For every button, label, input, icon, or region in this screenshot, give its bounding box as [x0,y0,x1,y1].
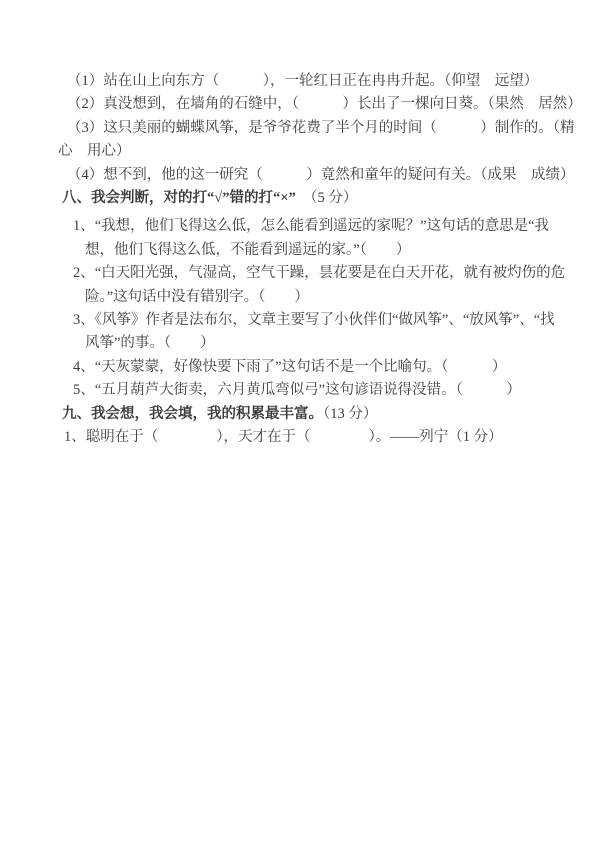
judge-item-1-line-2: 想，他们飞得这么低，不能看到遥远的家。”（ ） [58,239,558,262]
word-choice-item-3-line-2: 心 用心） [58,140,558,163]
word-choice-item-3-line-1: （3）这只美丽的蝴蝶风筝，是爷爷花费了半个月的时间（ ）制作的。（精 [58,117,558,140]
word-choice-item-2: （2）真没想到，在墙角的石缝中，（ ）长出了一棵向日葵。（果然 居然） [58,93,558,116]
fill-item-1: 1、聪明在于（ ），天才在于（ ）。——列宁（1 分） [58,426,558,449]
judge-item-3-line-1: 3、《风筝》作者是法布尔，文章主要写了小伙伴们“做风筝”、“放风筝”、“找 [58,309,558,332]
judge-item-3-line-2: 风筝”的事。（ ） [58,332,558,355]
section-eight-heading: 八、我会判断，对的打“√”错的打“×” （5 分） [58,187,558,210]
judge-item-1-line-1: 1、“我想，他们飞得这么低，怎么能看到遥远的家呢？”这句话的意思是“我 [58,215,558,238]
section-nine-title: 九、我会想，我会填，我的积累最丰富。 [62,406,323,422]
exam-content: （1）站在山上向东方（ ），一轮红日正在冉冉升起。（仰望 远望） （2）真没想到… [58,70,558,450]
judge-item-2-line-2: 险。”这句话中没有错别字。（ ） [58,286,558,309]
judge-item-4: 4、“天灰蒙蒙，好像快要下雨了”这句话不是一个比喻句。（ ） [58,356,558,379]
section-eight-score: （5 分） [296,190,358,206]
section-nine-heading: 九、我会想，我会填，我的积累最丰富。（13 分） [58,403,558,426]
judge-item-2-line-1: 2、“白天阳光强，气湿高，空气干躁，昙花要是在白天开花，就有被灼伤的危 [58,262,558,285]
exam-page: （1）站在山上向东方（ ），一轮红日正在冉冉升起。（仰望 远望） （2）真没想到… [0,0,596,842]
section-nine-score: （13 分） [323,406,377,422]
section-eight-title: 八、我会判断，对的打“√”错的打“×” [62,190,296,206]
word-choice-item-4: （4）想不到，他的这一研究（ ）竟然和童年的疑问有关。（成果 成绩） [58,164,558,187]
word-choice-item-1: （1）站在山上向东方（ ），一轮红日正在冉冉升起。（仰望 远望） [58,70,558,93]
judge-item-5: 5、“五月葫芦大街卖，六月黄瓜弯似弓”这句谚语说得没错。（ ） [58,379,558,402]
